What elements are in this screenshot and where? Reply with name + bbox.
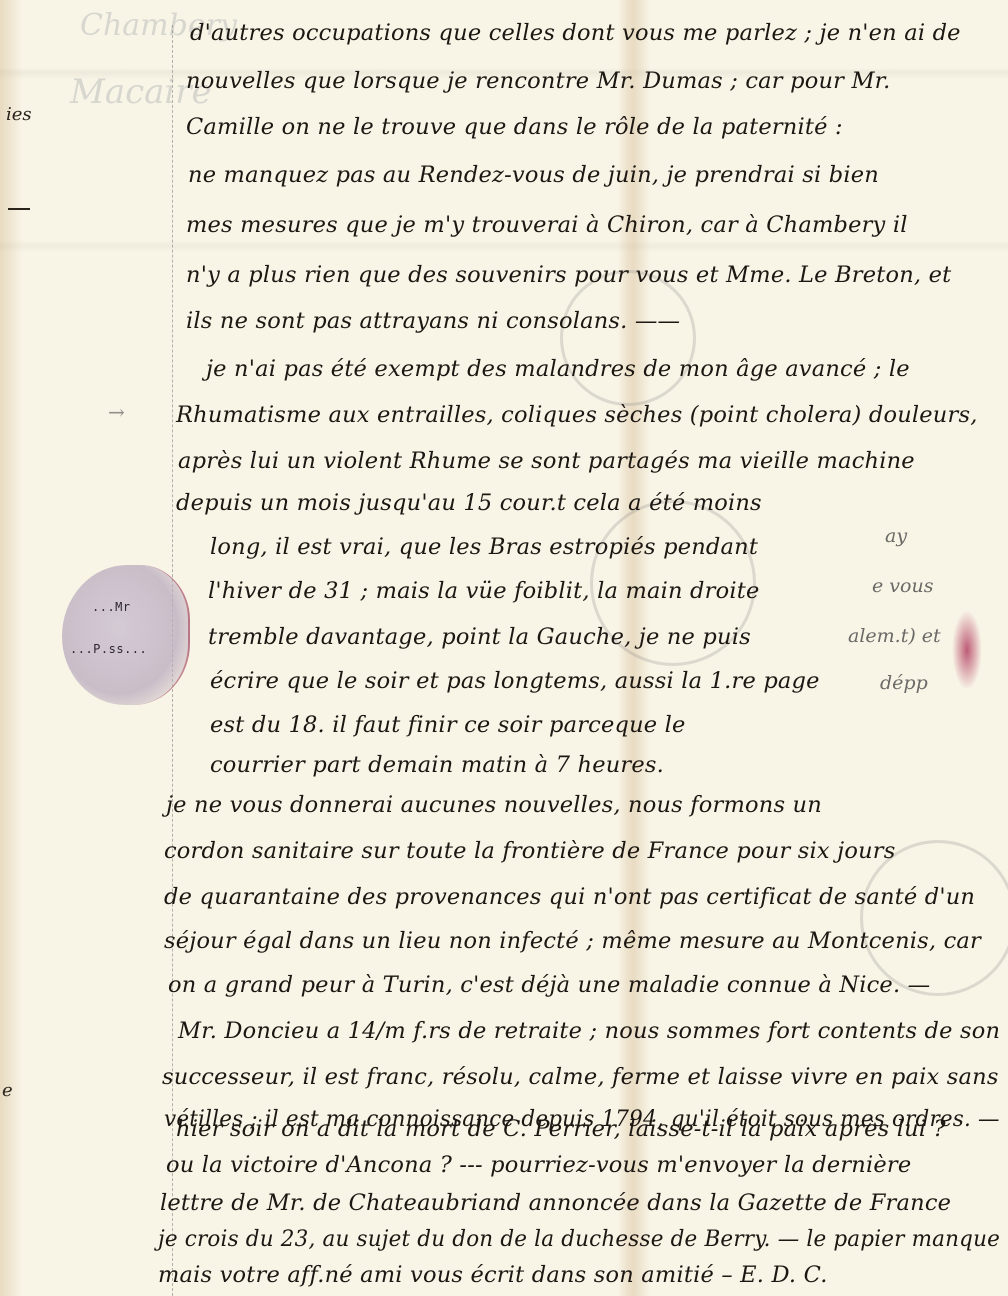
pencil-note: dépp — [880, 672, 928, 694]
letter-line: écrire que le soir et pas longtems, auss… — [210, 668, 820, 694]
letter-line: nouvelles que lorsque je rencontre Mr. D… — [186, 68, 891, 94]
letter-line: ils ne sont pas attrayans ni consolans. … — [186, 308, 680, 334]
letter-line: je ne vous donnerai aucunes nouvelles, n… — [166, 792, 822, 818]
pencil-note: alem.t) et — [848, 625, 941, 647]
letter-line: hier soir on a dit la mort de C. Perrier… — [176, 1116, 946, 1142]
letter-line: n'y a plus rien que des souvenirs pour v… — [186, 262, 951, 288]
letter-line: après lui un violent Rhume se sont parta… — [178, 448, 915, 474]
letter-line: d'autres occupations que celles dont vou… — [190, 20, 961, 46]
letter-line: depuis un mois jusqu'au 15 cour.t cela a… — [176, 490, 762, 516]
letter-line: de quarantaine des provenances qui n'ont… — [164, 884, 975, 910]
letter-line: je crois du 23, au sujet du don de la du… — [158, 1226, 1000, 1252]
letter-line: je n'ai pas été exempt des malandres de … — [206, 356, 910, 382]
letter-line: Camille on ne le trouve que dans le rôle… — [186, 114, 843, 140]
letter-line: on a grand peur à Turin, c'est déjà une … — [168, 972, 930, 998]
letter-line: mais votre aff.né ami vous écrit dans so… — [158, 1262, 828, 1288]
letter-line: successeur, il est franc, résolu, calme,… — [162, 1064, 999, 1090]
pencil-note: ay — [885, 525, 907, 547]
letter-line: Rhumatisme aux entrailles, coliques sèch… — [176, 402, 978, 428]
letter-line: mes mesures que je m'y trouverai à Chiro… — [186, 212, 908, 238]
letter-line: ne manquez pas au Rendez-vous de juin, j… — [188, 162, 879, 188]
wax-seal — [62, 565, 190, 705]
seal-text: ...Mr — [92, 600, 131, 614]
margin-note: ies — [6, 104, 32, 125]
letter-line: ou la victoire d'Ancona ? --- pourriez-v… — [166, 1152, 911, 1178]
margin-note: e — [2, 1080, 13, 1101]
letter-line: tremble davantage, point la Gauche, je n… — [208, 624, 751, 650]
red-wax-stain — [952, 610, 982, 690]
margin-dash — [8, 208, 30, 210]
postmark-stamp — [560, 270, 696, 406]
letter-line: courrier part demain matin à 7 heures. — [210, 752, 664, 778]
arrow-icon: → — [108, 400, 152, 418]
letter-line: long, il est vrai, que les Bras estropié… — [210, 534, 758, 560]
pencil-note: e vous — [872, 575, 933, 597]
letter-line: est du 18. il faut finir ce soir parcequ… — [210, 712, 686, 738]
letter-line: séjour égal dans un lieu non infecté ; m… — [164, 928, 981, 954]
letter-line: lettre de Mr. de Chateaubriand annoncée … — [160, 1190, 951, 1216]
letter-line: Mr. Doncieu a 14/m f.rs de retraite ; no… — [178, 1018, 1000, 1044]
seal-text: ...P.ss... — [70, 642, 147, 656]
letter-line: cordon sanitaire sur toute la frontière … — [164, 838, 895, 864]
letter-line: l'hiver de 31 ; mais la vüe foiblit, la … — [208, 578, 760, 604]
